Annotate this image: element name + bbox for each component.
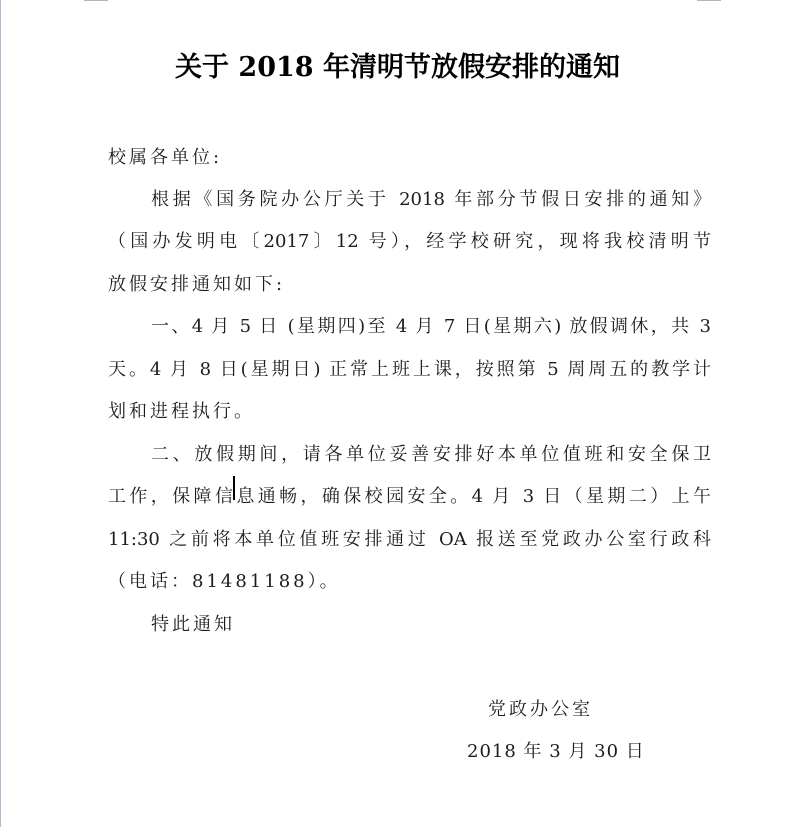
signature-date: 2018 年 3 月 30 日 (467, 739, 645, 765)
paragraph-3-line-1: 二、放假期间，请各单位妥善安排好本单位值班和安全保卫 (151, 442, 711, 468)
paragraph-1-line-2: （国办发明电〔2017〕12 号），经学校研究，现将我校清明节 (108, 229, 711, 255)
paragraph-3-line-3: 11:30 之前将本单位值班安排通过 OA 报送至党政办公室行政科 (108, 527, 711, 553)
text-cursor (233, 476, 235, 500)
document-title: 关于 2018 年清明节放假安排的通知 (1, 48, 793, 88)
page-corner-mark-right (697, 0, 721, 1)
signature-department: 党政办公室 (488, 697, 593, 723)
page-corner-mark-left (84, 0, 108, 1)
closing-text: 特此通知 (151, 612, 711, 638)
paragraph-2-line-1: 一、4 月 5 日 (星期四)至 4 月 7 日(星期六) 放假调休，共 3 (151, 314, 711, 340)
paragraph-3-line-4: （电话：81481188）。 (108, 569, 711, 595)
paragraph-1-line-3: 放假安排通知如下: (108, 272, 711, 298)
document-page[interactable]: 关于 2018 年清明节放假安排的通知 校属各单位: 根据《国务院办公厅关于 2… (0, 0, 793, 827)
paragraph-1-line-1: 根据《国务院办公厅关于 2018 年部分节假日安排的通知》 (151, 187, 711, 213)
paragraph-3-line-2: 工作，保障信息通畅，确保校园安全。4 月 3 日（星期二）上午 (108, 484, 711, 510)
paragraph-2-line-3: 划和进程执行。 (108, 399, 711, 425)
paragraph-2-line-2: 天。4 月 8 日(星期日) 正常上班上课，按照第 5 周周五的教学计 (108, 357, 711, 383)
salutation: 校属各单位: (108, 145, 711, 171)
